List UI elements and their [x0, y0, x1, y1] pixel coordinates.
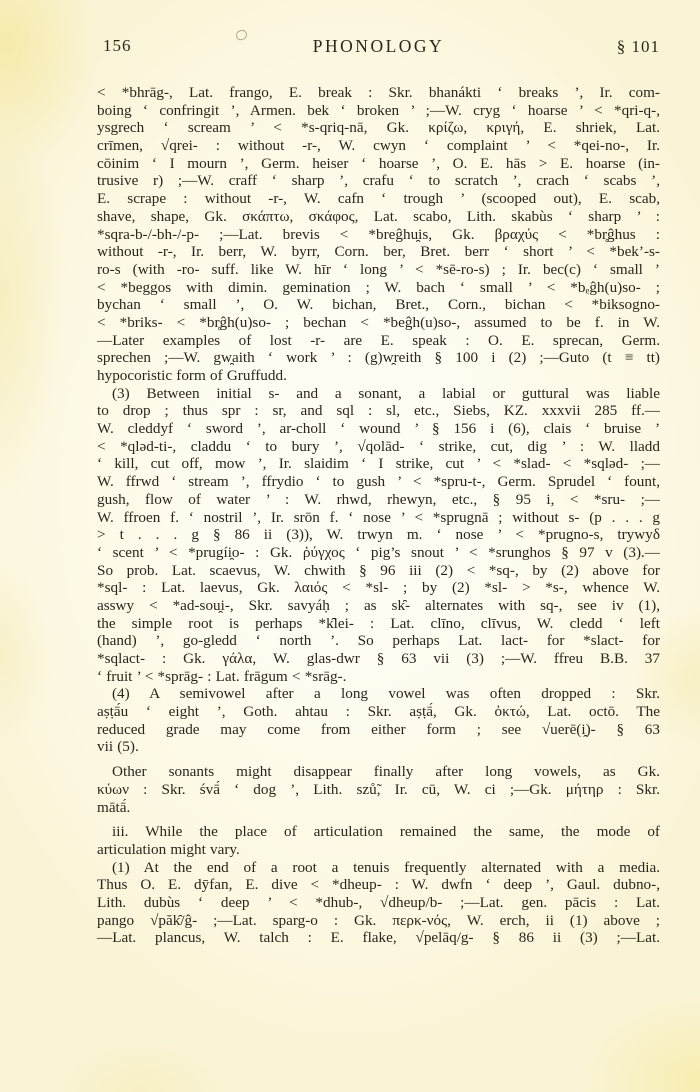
text-line: Other sonants might disappear finally af…: [97, 763, 660, 781]
text-line: Thus O. E. dȳfan, E. dive < *dheup- : W.…: [97, 876, 660, 894]
text-line: shave, shape, Gk. σκάπτω, σκάφος, Lat. s…: [97, 208, 660, 226]
running-head: PHONOLOGY: [97, 36, 660, 57]
text-line: pango √păk̑/ĝ- ;—Lat. sparg-o : Gk. περκ…: [97, 912, 660, 930]
text-line: κύων : Skr. śvā́ ‘ dog ’, Lith. szů̃, Ir…: [97, 781, 660, 799]
paragraph: < *bhrāg-, Lat. frango, E. break : Skr. …: [97, 84, 660, 385]
text-line: W. ffrwd ‘ stream ’, ffrydio ‘ to gush ’…: [97, 473, 660, 491]
text-line: asswy < *ad-sou̯i-, Skr. savyáḥ ; as sk̑…: [97, 597, 660, 615]
paragraph: (4) A semivowel after a long vowel was o…: [97, 685, 660, 756]
text-line: iii. While the place of articulation rem…: [97, 823, 660, 841]
text-line: ‘ kill, cut off, mow ’, Ir. slaidim ‘ I …: [97, 455, 660, 473]
text-line: ysgrech ‘ scream ’ < *s-qriq-nā, Gk. κρί…: [97, 119, 660, 137]
text-line: (hand) ’, go-gledd ‘ north ’. So perhaps…: [97, 632, 660, 650]
text-line: < *bhrāg-, Lat. frango, E. break : Skr. …: [97, 84, 660, 102]
text-line: *sqra-b-/-bh-/-p- ;—Lat. brevis < *breĝh…: [97, 226, 660, 244]
text-line: ‘ fruit ’ < *sprāg- : Lat. frāgum < *srā…: [97, 668, 660, 686]
paragraph: (1) At the end of a root a tenuis freque…: [97, 859, 660, 947]
text-line: trusive r) ;—W. craff ‘ sharp ’, crafu ‘…: [97, 172, 660, 190]
text-line: E. scrape : without -r-, W. cafn ‘ troug…: [97, 190, 660, 208]
text-line: sprechen ;—W. gw̯aith ‘ work ’ : (g)w̯re…: [97, 349, 660, 367]
text-line: Lith. dubùs ‘ deep ’ < *dhub-, √dheup/b-…: [97, 894, 660, 912]
paragraph: iii. While the place of articulation rem…: [97, 823, 660, 858]
text-line: articulation might vary.: [97, 841, 660, 859]
text-line: crīmen, √qrei- : without -r-, W. cwyn ‘ …: [97, 137, 660, 155]
text-line: (4) A semivowel after a long vowel was o…: [97, 685, 660, 703]
text-line: *sqlact- : Gk. γάλα, W. glas-dwr § 63 vi…: [97, 650, 660, 668]
text-line: mātā́.: [97, 799, 660, 817]
text-line: < *briks- < *br̥ĝh(u)so- ; bechan < *beĝ…: [97, 314, 660, 332]
text-block: < *bhrāg-, Lat. frango, E. break : Skr. …: [97, 84, 660, 947]
text-line: aṣṭā́u ‘ eight ’, Goth. ahtau : Skr. aṣṭ…: [97, 703, 660, 721]
text-line: —Later examples of lost -r- are E. speak…: [97, 332, 660, 350]
text-line: reduced grade may come from either form …: [97, 721, 660, 739]
text-line: < *qləd-ti-, claddu ‘ to bury ’, √qolād-…: [97, 438, 660, 456]
section-number: § 101: [617, 37, 660, 57]
text-line: gush, flow of water ’ : W. rhwd, rhewyn,…: [97, 491, 660, 509]
text-line: ro-s (with -ro- suff. like W. hīr ‘ long…: [97, 261, 660, 279]
text-line: vii (5).: [97, 738, 660, 756]
page-header: 156 PHONOLOGY § 101: [97, 36, 660, 58]
text-line: W. ffroen f. ‘ nostril ’, Ir. srōn f. ‘ …: [97, 509, 660, 527]
text-line: cōinim ‘ I mourn ’, Germ. heiser ‘ hoars…: [97, 155, 660, 173]
text-line: *sql- : Lat. laevus, Gk. λαιός < *sl- ; …: [97, 579, 660, 597]
text-line: bychan ‘ small ’, O. W. bichan, Bret., C…: [97, 296, 660, 314]
text-line: the simple root is perhaps *k̑lei- : Lat…: [97, 615, 660, 633]
text-line: —Lat. plancus, W. talch : E. flake, √pel…: [97, 929, 660, 947]
text-line: (3) Between initial s- and a sonant, a l…: [97, 385, 660, 403]
text-line: W. cleddyf ‘ sword ’, ar-choll ‘ wound ’…: [97, 420, 660, 438]
paragraph: Other sonants might disappear finally af…: [97, 763, 660, 816]
text-line: (1) At the end of a root a tenuis freque…: [97, 859, 660, 877]
text-line: without -r-, Ir. berr, W. byrr, Corn. be…: [97, 243, 660, 261]
text-line: hypocoristic form of Gruffudd.: [97, 367, 660, 385]
text-line: So prob. Lat. scaevus, W. chwith § 96 ii…: [97, 562, 660, 580]
text-line: to drop ; thus spr : sr, and sql : sl, e…: [97, 402, 660, 420]
text-line: > t . . . g § 86 ii (3)), W. trwyn m. ‘ …: [97, 526, 660, 544]
text-line: boing ‘ confringit ’, Armen. bek ‘ broke…: [97, 102, 660, 120]
text-line: ‘ scent ’ < *prugíi̯o- : Gk. ῥύγχος ‘ pi…: [97, 544, 660, 562]
paragraph: (3) Between initial s- and a sonant, a l…: [97, 385, 660, 686]
book-page: 156 PHONOLOGY § 101 < *bhrāg-, Lat. fran…: [0, 0, 700, 1092]
text-line: < *beggos with dimin. gemination ; W. ba…: [97, 279, 660, 297]
